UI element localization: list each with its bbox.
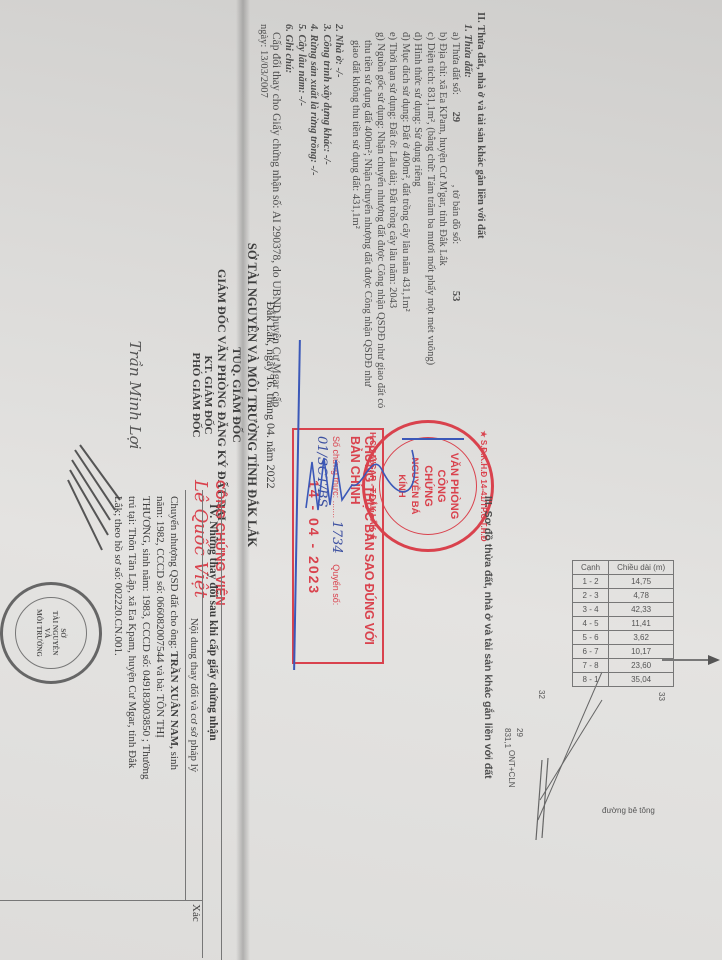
road-label: đường bê tông [602, 806, 655, 815]
table-row: 5 - 63,62 [573, 631, 674, 645]
neighbor-parcel-33: 33 [657, 692, 666, 701]
table-row: 7 - 823,60 [573, 659, 674, 673]
table-row: 2 - 34,78 [573, 589, 674, 603]
changes-content-body: Chuyển nhượng QSD đất cho ông: TRẦN XUÂN… [107, 490, 185, 900]
parcel-line: a) Thửa đất số: 29 , tờ bản đồ số: 53 [449, 12, 462, 482]
issuing-org: SỞ TÀI NGUYÊN VÀ MÔI TRƯỜNG TỈNH ĐẮK LẮK [244, 230, 259, 560]
use-purpose-line: đ) Mục đích sử dụng: Đất ở 400m², đất tr… [399, 12, 412, 482]
section-2-land-info: II. Thửa đất, nhà ở và tài sản khác gắn … [257, 12, 486, 482]
table-row: 3 - 442,33 [573, 603, 674, 617]
parcel-tag-code: ONT+CLN [507, 750, 516, 788]
neighbor-parcel-32: 32 [537, 690, 546, 699]
other-construction-line: 3. Công trình xây dựng khác: -/- [320, 12, 333, 482]
section-4-changes: IV. Những thay đổi sau khi cấp giấy chứn… [0, 490, 222, 960]
production-forest-line: 4. Rừng sản xuất là rừng trồng: -/- [307, 12, 320, 482]
land-heading: 1. Thửa đất: [461, 12, 474, 482]
section-4-title: IV. Những thay đổi sau khi cấp giấy chứn… [207, 504, 219, 741]
table-row: 1 - 214,75 [573, 575, 674, 589]
changes-content-column: Nội dung thay đổi và cơ sở pháp lý Chuyể… [0, 490, 203, 901]
origin-line-3: giao đất không thu tiền sử dụng đất: 431… [349, 12, 362, 482]
buyer-name: TRẦN XUÂN NAM, [168, 651, 180, 748]
table-row: 4 - 511,41 [573, 617, 674, 631]
notes-heading: 6. Ghi chú: [282, 12, 295, 482]
parcel-tag-number: 29 [515, 728, 524, 737]
changes-content-header: Nội dung thay đổi và cơ sở pháp lý [185, 490, 202, 900]
house-line: 2. Nhà ở: -/- [332, 12, 345, 482]
use-form-line: d) Hình thức sử dụng: Sử dụng riêng [411, 12, 424, 482]
table-row: 8 - 135,04 [573, 673, 674, 687]
map-sheet-number: 53 [450, 291, 461, 302]
origin-line-1: g) Nguồn gốc sử dụng: Nhận chuyển nhượng… [374, 12, 387, 482]
notary-signature [292, 430, 422, 540]
perennial-trees-line: 5. Cây lâu năm: -/- [295, 12, 308, 482]
use-term-line: e) Thời hạn sử dụng: Đất ở: Lâu dài; Đất… [386, 12, 399, 482]
confirmation-column: Xác [190, 900, 203, 958]
document-page: II. Thửa đất, nhà ở và tài sản khác gắn … [0, 0, 722, 960]
issue-date: Đắk Lắk, ngày 16. tháng 04. năm 2022 [263, 230, 278, 560]
origin-line-2: thu tiền sử dụng đất 400m²; Nhận chuyển … [361, 12, 374, 482]
table-row: 6 - 710,17 [573, 645, 674, 659]
section-2-title: II. Thửa đất, nhà ở và tài sản khác gắn … [474, 12, 487, 482]
address-line: b) Địa chỉ: xã Ea KPam, huyện Cư M'gar, … [436, 12, 449, 482]
parcel-tag-area: 831,1 [503, 728, 512, 748]
section-3-title: III. Sơ đồ thửa đất, nhà ở và tài sản kh… [482, 496, 494, 779]
area-line: c) Diện tích: 831,1m², (bằng chữ: Tám tr… [424, 12, 437, 482]
parcel-number: 29 [450, 112, 461, 123]
edge-length-table: Cạnh Chiều dài (m) 1 - 214,752 - 34,783 … [572, 560, 674, 687]
confirmation-header: Xác [190, 904, 202, 958]
tuq-title: TUQ. GIÁM ĐỐC [229, 230, 244, 560]
